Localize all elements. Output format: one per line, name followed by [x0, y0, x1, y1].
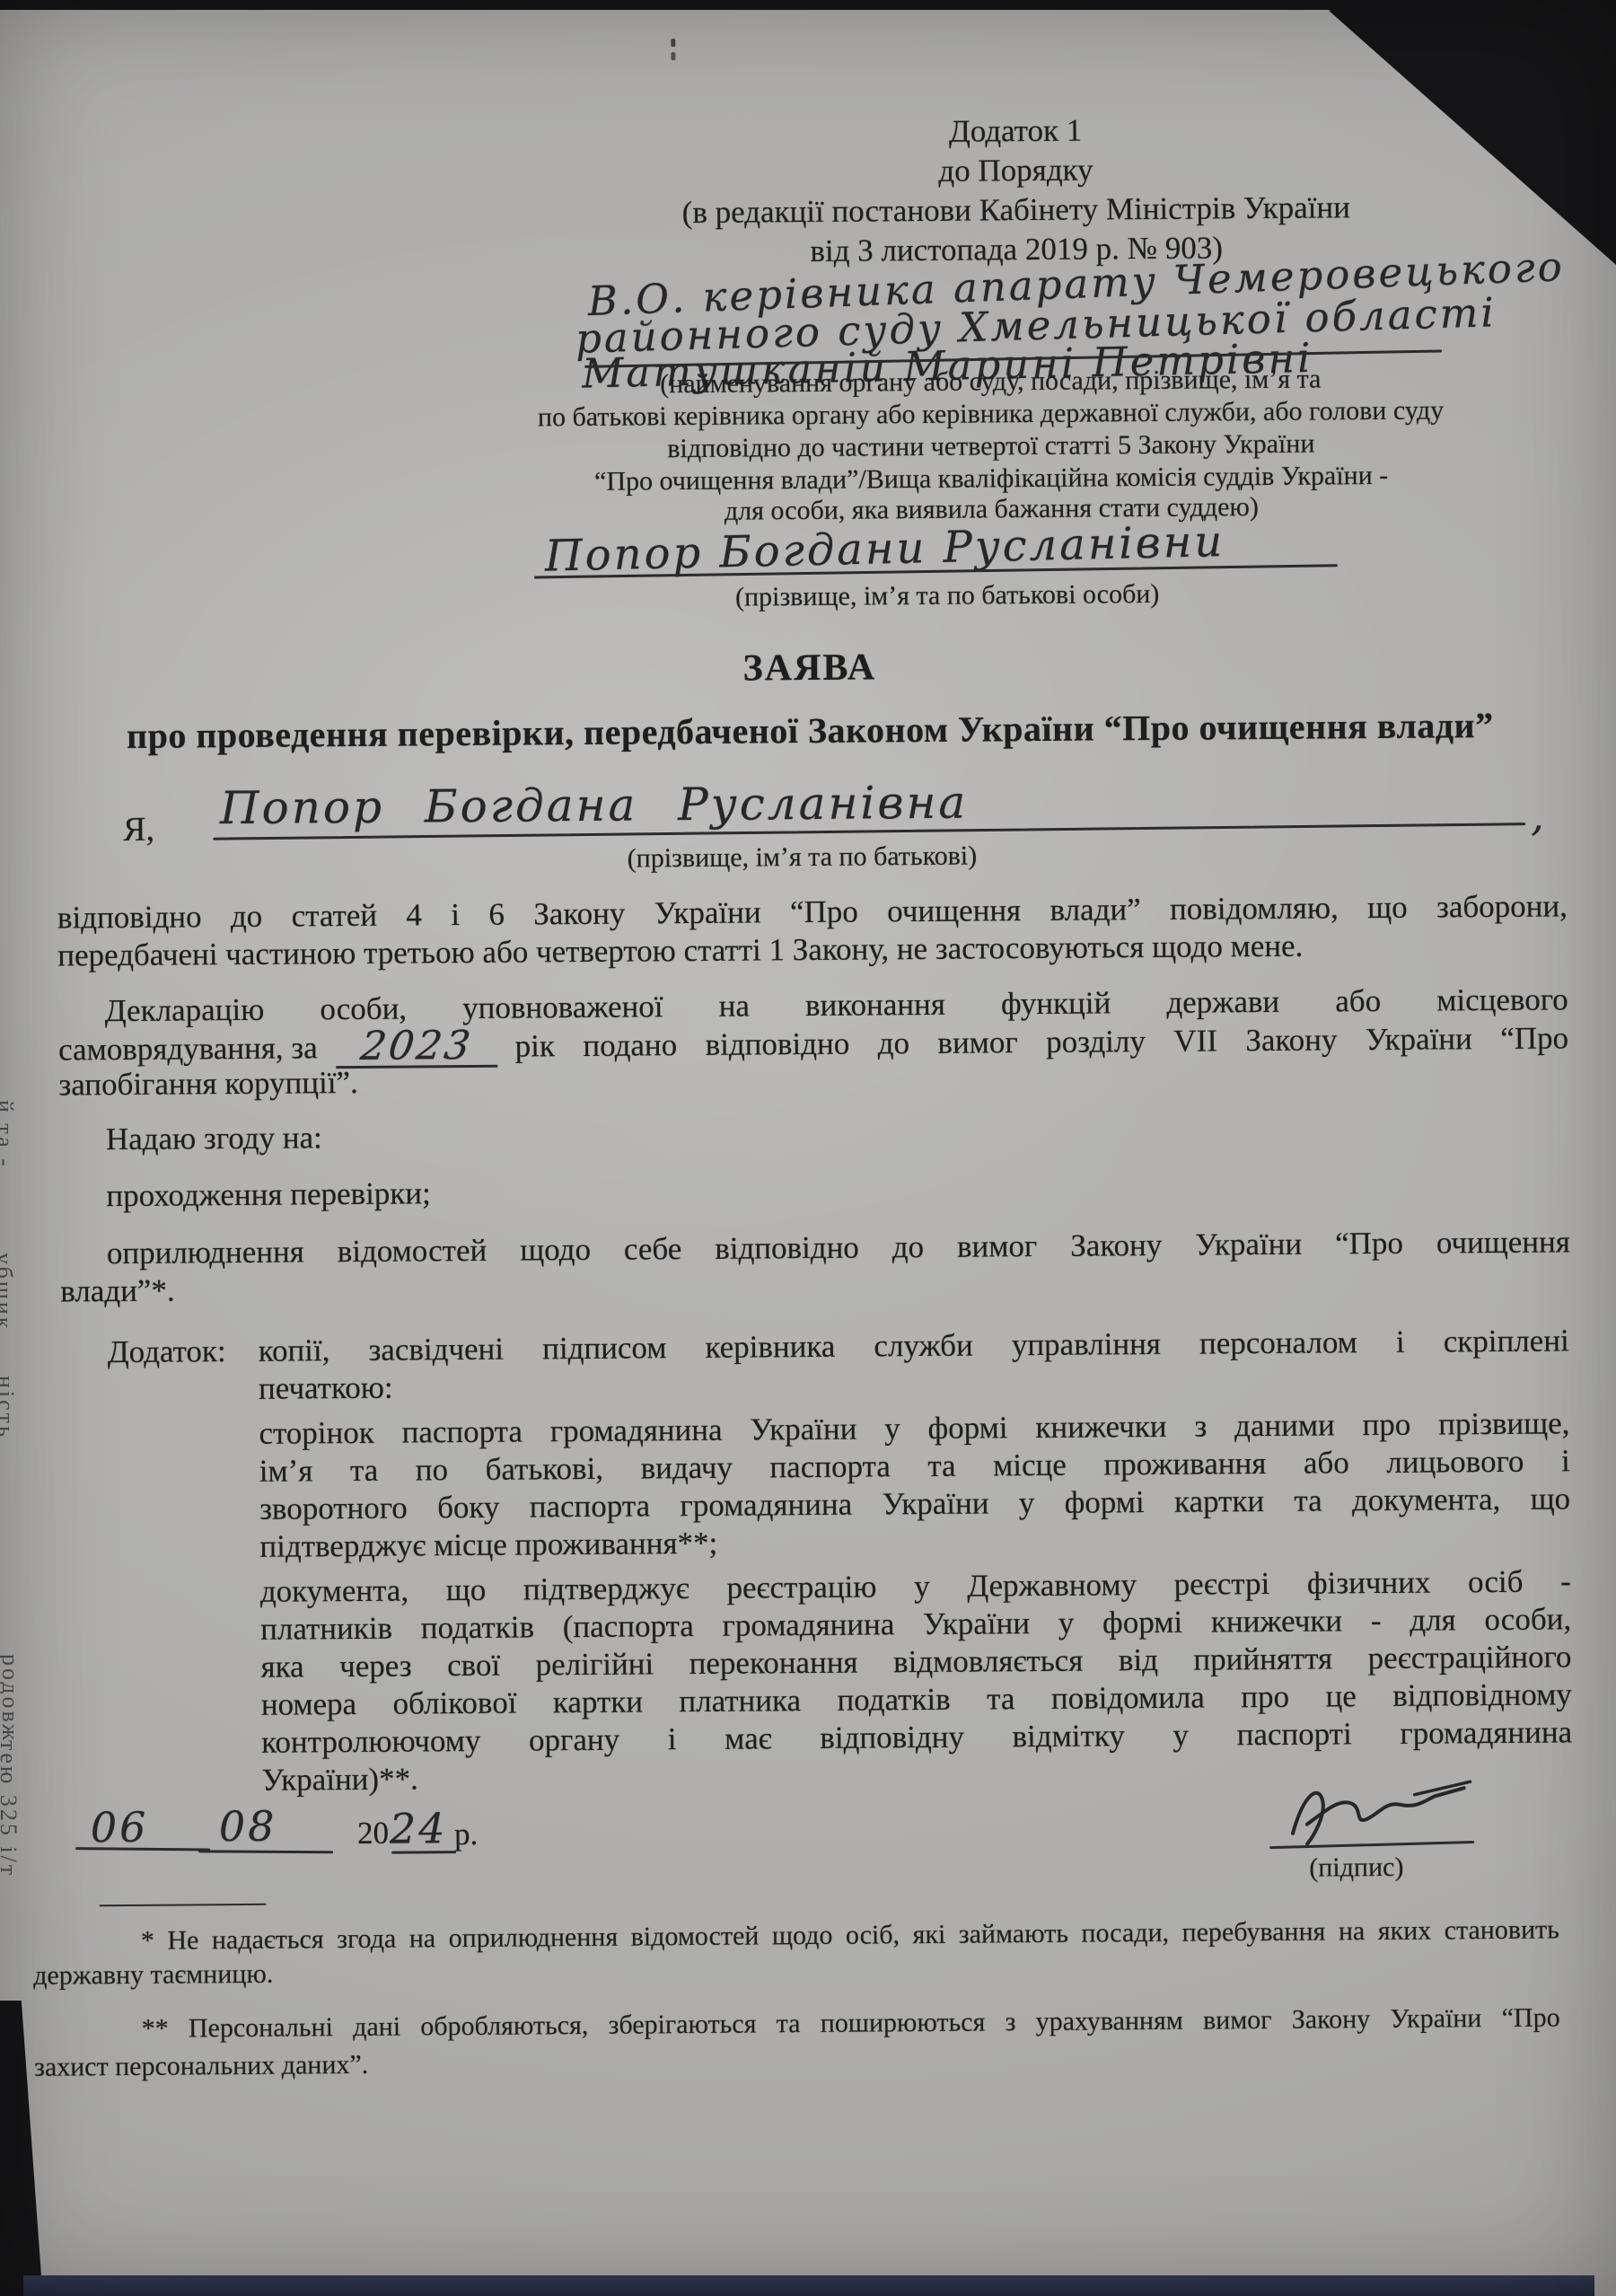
edge-text-fragment-4: родовж — [0, 1654, 23, 1743]
edge-text-fragment-2: убщик — [0, 1253, 17, 1331]
declaration-year-slot: 2023 — [336, 1026, 497, 1069]
footnote-separator — [100, 1904, 267, 1906]
attachment-intro-line-1: копії, засвідчені підписом керівника слу… — [259, 1323, 1569, 1368]
statement-trailing-comma: , — [1531, 792, 1547, 840]
signature-caption: (підпис) — [1309, 1852, 1403, 1884]
date-month-underline — [198, 1850, 333, 1853]
date-suffix: р. — [454, 1817, 479, 1852]
consent-item-check: проходження перевірки; — [106, 1175, 431, 1214]
bans-paragraph-line-2: передбачені частиною третьою або четверт… — [57, 928, 1303, 974]
document-page: Додаток 1 до Порядку (в редакції постано… — [0, 0, 1616, 2296]
annex-line-1: Додаток 1 — [656, 110, 1374, 152]
date-month-handwriting: 08 — [219, 1802, 277, 1852]
edge-text-fragment-5: тею 325 і/т — [0, 1740, 22, 1878]
footnote-asterisk-line-1: * Не надається згода на оприлюднення від… — [33, 1913, 1559, 1957]
attachment-item2-line-6: України)**. — [261, 1761, 418, 1798]
addressee-caption-line-2: по батькові керівника органу або керівни… — [496, 395, 1484, 434]
declaration-year-handwriting: 2023 — [358, 1028, 474, 1065]
date-year-handwriting: 24 — [390, 1804, 448, 1853]
consent-item-publish-line-1: оприлюднення відомостей щодо себе відпов… — [60, 1224, 1570, 1271]
addressee-caption-line-3: відповідно до частини четвертої статті 5… — [497, 427, 1485, 466]
addressee-caption-line-1: (найменування органу або суду, посади, п… — [496, 363, 1484, 401]
declaration-line-2-after: рік подано відповідно до вимог розділу V… — [515, 1020, 1569, 1064]
declaration-line-2-before: самоврядування, за — [58, 1030, 318, 1068]
date-day-handwriting: 06 — [91, 1803, 149, 1852]
footnote-double-asterisk-line-1: ** Персональні дані обробляються, зберіг… — [34, 2001, 1560, 2045]
footnote-double-asterisk-line-2: захист персональних даних”. — [34, 2049, 369, 2084]
ink-speck — [671, 39, 675, 47]
annex-line-3: (в редакції постанови Кабінету Міністрів… — [657, 189, 1375, 231]
consent-intro: Надаю згоду на: — [106, 1120, 322, 1157]
bans-paragraph-line-1: відповідно до статей 4 і 6 Закону Україн… — [57, 888, 1568, 936]
applicant-caption: (прізвище, ім’я та по батькові особи) — [498, 577, 1396, 615]
edge-text-fragment-1: й та - — [0, 1100, 18, 1169]
photo-bottom-band — [23, 2275, 1594, 2296]
attachment-label: Додаток: — [108, 1333, 226, 1370]
statement-name-caption: (прізвище, ім’я та по батькові) — [57, 837, 1547, 879]
edge-text-fragment-3: ність — [0, 1376, 19, 1439]
statement-subtitle: про проведення перевірки, передбаченої З… — [56, 703, 1564, 757]
footnote-asterisk-line-2: державну таємницю. — [33, 1958, 273, 1993]
pronoun-label: Я, — [123, 812, 154, 848]
attachment-intro-line-2: печаткою: — [259, 1370, 393, 1407]
annex-line-2: до Порядку — [656, 150, 1374, 191]
date-year-printed: 20 — [357, 1816, 389, 1852]
statement-title: ЗАЯВА — [56, 640, 1564, 695]
signature-handwriting — [1280, 1774, 1488, 1848]
date-year-underline — [391, 1851, 456, 1854]
scanned-document-photo: Додаток 1 до Порядку (в редакції постано… — [0, 0, 1616, 2296]
declaration-line-3: запобігання корупції”. — [58, 1065, 358, 1104]
consent-item-publish-line-2: влади”*. — [60, 1273, 175, 1310]
statement-name-handwriting: Попор Богдана Русланівна — [220, 777, 969, 835]
attachment-item1-line-4: підтверджує місце проживання**; — [259, 1526, 717, 1565]
